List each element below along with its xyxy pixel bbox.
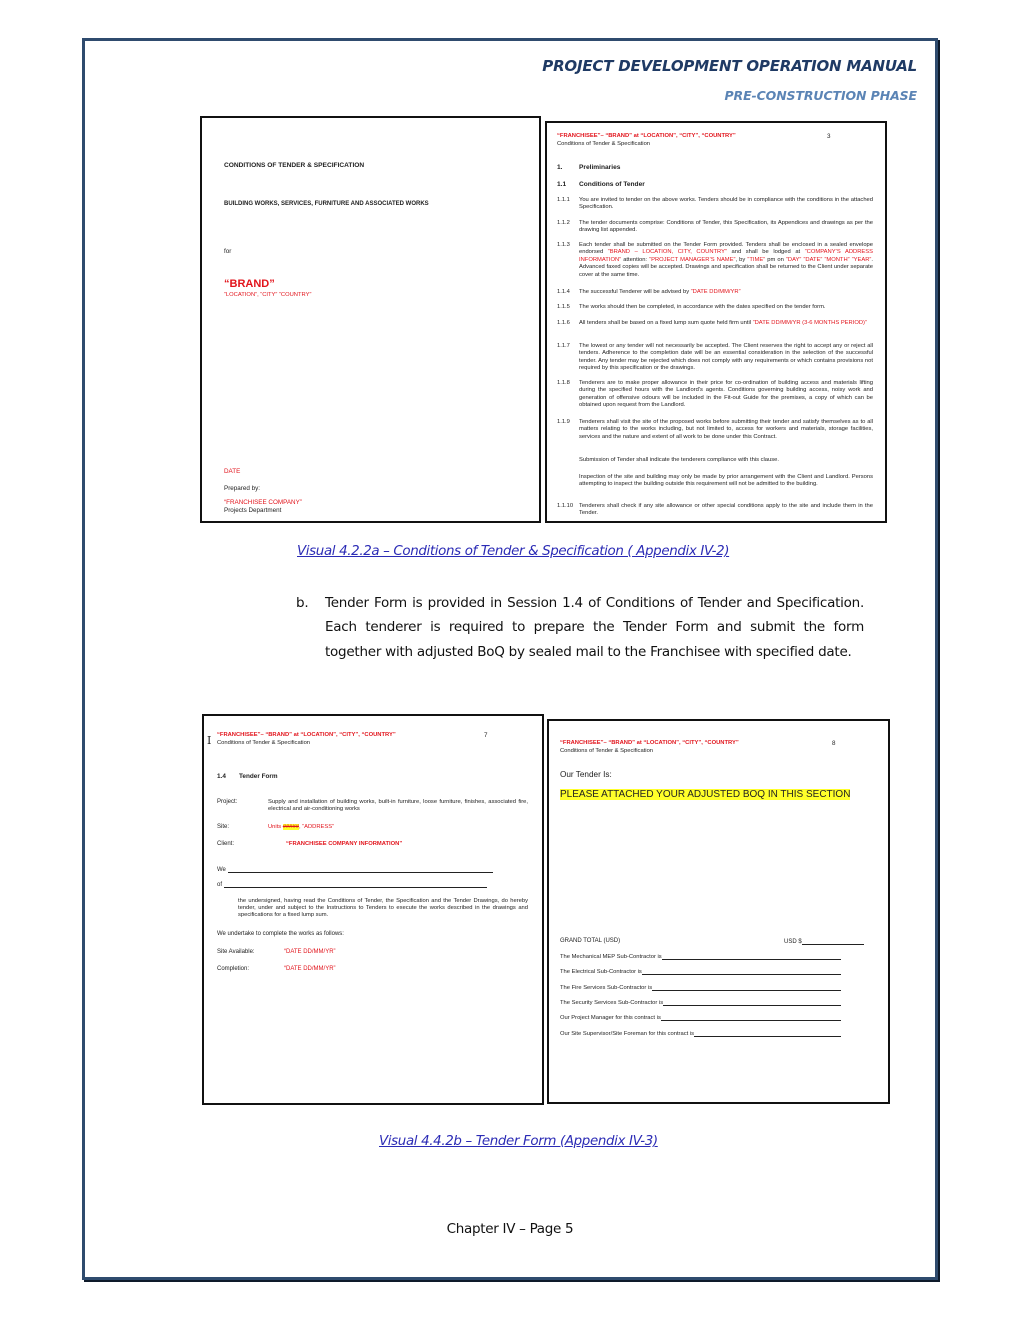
clause-item: 1.1.7The lowest or any tender will not n… [557,343,873,373]
running-header-text: “FRANCHISEE”– “BRAND” at “LOCATION”, “CI… [217,732,537,740]
clause-item: 1.1.2The tender documents comprise: Cond… [557,220,873,235]
site-value: Units #####, “ADDRESS” [268,824,334,831]
cover-subheading: BUILDING WORKS, SERVICES, FURNITURE AND … [224,201,429,209]
clause-text: Tenderers are to make proper allowance i… [579,380,873,410]
caption-visual-b[interactable]: Visual 4.4.2b – Tender Form (Appendix IV… [379,1134,658,1149]
cover-brand: “BRAND” [224,278,275,290]
paragraph-b: b. Tender Form is provided in Session 1.… [296,591,864,664]
usd-label: USD $ [784,939,802,945]
page-number: 7 [484,732,488,740]
clause-item: 1.1.1You are invited to tender on the ab… [557,197,873,212]
running-header-sub: Conditions of Tender & Specification [557,141,877,149]
running-header-sub: Conditions of Tender & Specification [217,740,537,748]
clause-item: 1.1.9Tenderers shall visit the site of t… [557,419,873,441]
clause-item: Submission of Tender shall indicate the … [557,457,873,464]
clause-text: Each tender shall be submitted on the Te… [579,242,873,279]
clause-text: The lowest or any tender will not necess… [579,343,873,373]
subcontractor-line: The Electrical Sub-Contractor is [560,968,841,975]
clause-text: You are invited to tender on the above w… [579,197,873,212]
page-footer: Chapter IV – Page 5 [0,1221,1020,1237]
line-label: The Electrical Sub-Contractor is [560,969,642,975]
cover-page-image: CONDITIONS OF TENDER & SPECIFICATION BUI… [200,116,541,523]
client-label: Client: [217,841,234,847]
our-tender-label: Our Tender Is: [560,770,612,779]
site-prefix: Units [268,824,283,830]
we-blank [228,866,493,873]
tender-form-page-image: I “FRANCHISEE”– “BRAND” at “LOCATION”, “… [202,714,544,1105]
clause-text: Inspection of the site and building may … [579,474,873,489]
caption-visual-a[interactable]: Visual 4.2.2a – Conditions of Tender & S… [297,544,729,559]
clause-number: 1.1.1 [557,197,579,204]
clause-number: 1.1.2 [557,220,579,227]
clause-text: Submission of Tender shall indicate the … [579,457,873,464]
line-blank [662,953,841,960]
line-label: Our Project Manager for this contract is [560,1015,661,1021]
usd-field: USD $ [784,938,864,945]
clause-text: The works should then be completed, in a… [579,304,873,311]
client-value: “FRANCHISEE COMPANY INFORMATION” [286,841,402,848]
of-line: of [217,881,487,888]
we-line: We [217,866,493,873]
line-label: The Security Services Sub-Contractor is [560,1000,663,1006]
line-blank [663,999,841,1006]
cover-location: “LOCATION”, “CITY” “COUNTRY” [224,292,311,300]
line-blank [642,968,841,975]
project-label: Project: [217,799,237,805]
phase-subtitle: PRE-CONSTRUCTION PHASE [724,88,917,103]
page-number: 8 [832,740,836,748]
section-title: Preliminaries [579,164,620,171]
clause-number: 1.1.8 [557,380,579,387]
project-value: Supply and installation of building work… [268,799,528,813]
of-label: of [217,882,222,888]
cover-heading: CONDITIONS OF TENDER & SPECIFICATION [224,162,364,170]
subcontractor-line: Our Project Manager for this contract is [560,1014,841,1021]
undertake-text: We undertake to complete the works as fo… [217,931,344,938]
running-header: “FRANCHISEE”– “BRAND” at “LOCATION”, “CI… [560,740,880,755]
line-blank [661,1014,841,1021]
clause-number: 1.1.6 [557,320,579,327]
section-num: 1.4 [217,773,239,780]
clause-text: The successful Tenderer will be advised … [579,289,873,296]
subsection-heading: 1.1Conditions of Tender [557,181,645,188]
we-label: We [217,867,226,873]
clause-text: Tenderers shall check if any site allowa… [579,503,873,518]
cover-for: for [224,248,231,256]
section-heading: 1.Preliminaries [557,164,620,171]
line-label: Our Site Supervisor/Site Foreman for thi… [560,1031,694,1037]
clause-number: 1.1.3 [557,242,579,249]
subcontractor-line: The Mechanical MEP Sub-Contractor is [560,953,841,960]
line-blank [694,1030,841,1037]
clause-number: 1.1.7 [557,343,579,350]
cover-prepared-by: Prepared by: [224,485,260,493]
clause-number: 1.1.4 [557,289,579,296]
subsection-num: 1.1 [557,181,579,188]
grand-total-label: GRAND TOTAL (USD) [560,938,620,944]
site-available-label: Site Available: [217,949,255,956]
line-label: The Mechanical MEP Sub-Contractor is [560,954,662,960]
clause-text: Tenderers shall visit the site of the pr… [579,419,873,441]
attach-boq-text: PLEASE ATTACHED YOUR ADJUSTED BOQ IN THI… [560,789,850,800]
clause-text: All tenders shall be based on a fixed lu… [579,320,873,327]
site-label: Site: [217,824,229,830]
clause-number: 1.1.9 [557,419,579,426]
clause-item: 1.1.8Tenderers are to make proper allowa… [557,380,873,410]
subcontractor-line: Our Site Supervisor/Site Foreman for thi… [560,1030,841,1037]
tender-form-page-8-image: “FRANCHISEE”– “BRAND” at “LOCATION”, “CI… [547,719,890,1104]
clause-item: 1.1.4The successful Tenderer will be adv… [557,289,873,296]
list-marker: b. [296,591,308,615]
running-header: “FRANCHISEE”– “BRAND” at “LOCATION”, “CI… [557,133,877,148]
cover-date: DATE [224,468,240,476]
cover-department: Projects Department [224,507,281,515]
section-title: Tender Form [239,773,278,780]
clause-number: 1.1.10 [557,503,579,510]
paragraph-text: Tender Form is provided in Session 1.4 o… [325,591,864,664]
section-num: 1. [557,164,579,171]
line-blank [652,984,841,991]
line-label: The Fire Services Sub-Contractor is [560,985,652,991]
clause-item: 1.1.6All tenders shall be based on a fix… [557,320,873,327]
of-blank [224,881,487,888]
subsection-title: Conditions of Tender [579,181,645,188]
page-number: 3 [827,133,831,141]
clause-item: 1.1.10Tenderers shall check if any site … [557,503,873,518]
running-header-sub: Conditions of Tender & Specification [560,748,880,756]
clause-item: 1.1.5The works should then be completed,… [557,304,873,311]
completion-label: Completion: [217,966,249,973]
site-units: ##### [283,824,299,830]
cover-company: “FRANCHISEE COMPANY” [224,499,302,507]
completion-value: “DATE DD/MM/YR” [284,966,336,973]
undersigned-text: the undersigned, having read the Conditi… [238,898,528,919]
usd-blank [802,938,864,945]
clause-number: 1.1.5 [557,304,579,311]
clause-item: Inspection of the site and building may … [557,474,873,489]
clause-item: 1.1.3Each tender shall be submitted on t… [557,242,873,279]
attach-boq-note: PLEASE ATTACHED YOUR ADJUSTED BOQ IN THI… [560,789,876,801]
conditions-page-image: “FRANCHISEE”– “BRAND” at “LOCATION”, “CI… [545,121,887,523]
section-heading: 1.4Tender Form [217,773,278,780]
site-available-value: “DATE DD/MM/YR” [284,949,336,956]
subcontractor-line: The Security Services Sub-Contractor is [560,999,841,1006]
site-address: , “ADDRESS” [299,824,334,830]
text-cursor-icon: I [207,734,211,747]
clause-text: The tender documents comprise: Condition… [579,220,873,235]
running-header: “FRANCHISEE”– “BRAND” at “LOCATION”, “CI… [217,732,537,747]
subcontractor-line: The Fire Services Sub-Contractor is [560,984,841,991]
manual-title: PROJECT DEVELOPMENT OPERATION MANUAL [542,57,917,75]
